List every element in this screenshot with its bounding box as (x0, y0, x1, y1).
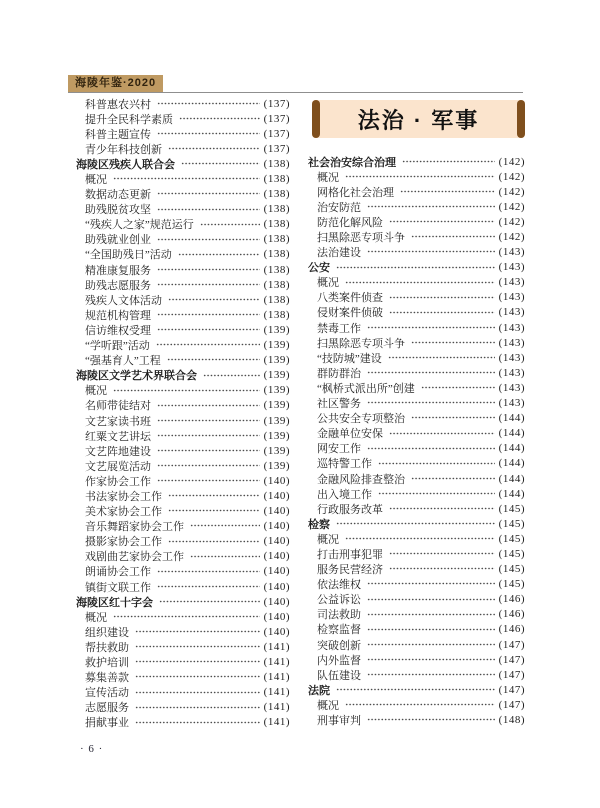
toc-entry: 镇街文联工作(140) (76, 579, 290, 594)
toc-entry-page-number: (147) (499, 669, 525, 681)
dot-leader (367, 607, 495, 622)
toc-entry: 文艺阵地建设(139) (76, 443, 290, 458)
toc-entry-page-number: (147) (499, 699, 525, 711)
toc-entry-page-number: (143) (499, 261, 525, 273)
toc-entry-page-number: (138) (264, 188, 290, 200)
dot-leader (159, 594, 260, 609)
toc-entry: 美术家协会工作(140) (76, 504, 290, 519)
toc-entry-page-number: (144) (499, 427, 525, 439)
toc-entry-page-number: (137) (264, 98, 290, 110)
toc-entry: 法院(147) (308, 682, 525, 697)
toc-entry-page-number: (142) (499, 186, 525, 198)
toc-entry-label: 社区警务 (317, 395, 361, 411)
toc-entry-label: 概况 (317, 531, 339, 547)
toc-entry-page-number: (139) (264, 354, 290, 366)
toc-entry-label: 法院 (308, 682, 330, 698)
toc-entry-page-number: (140) (264, 475, 290, 487)
toc-entry-page-number: (138) (264, 218, 290, 230)
dot-leader (135, 700, 260, 715)
toc-entry-label: 美术家协会工作 (85, 503, 162, 519)
dot-leader (388, 350, 495, 365)
dot-leader (157, 428, 260, 443)
dot-leader (411, 335, 495, 350)
toc-entry-label: 助残就业创业 (85, 231, 151, 247)
toc-entry-label: 队伍建设 (317, 667, 361, 683)
dot-leader (421, 380, 495, 395)
toc-entry-page-number: (139) (264, 430, 290, 442)
toc-entry: 侵财案件侦破(143) (308, 305, 525, 320)
toc-entry-label: 八类案件侦查 (317, 289, 383, 305)
toc-entry-page-number: (138) (264, 264, 290, 276)
toc-entry: 文艺家读书班(139) (76, 413, 290, 428)
dot-leader (367, 396, 495, 411)
toc-entry-label: 科普主题宣传 (85, 126, 151, 142)
toc-entry-label: 书法家协会工作 (85, 488, 162, 504)
dot-leader (389, 546, 495, 561)
toc-entry-page-number: (141) (264, 656, 290, 668)
toc-entry-label: 募集善款 (85, 669, 129, 685)
toc-entry-label: 概况 (317, 274, 339, 290)
toc-entry-label: 组织建设 (85, 624, 129, 640)
toc-column-left: 科普惠农兴村(137)提升全民科学素质(137)科普主题宣传(137)青少年科技… (76, 96, 290, 730)
toc-entry-page-number: (144) (499, 473, 525, 485)
toc-entry: “学听跟”活动(139) (76, 338, 290, 353)
toc-entry-label: 红粟文艺讲坛 (85, 428, 151, 444)
dot-leader (113, 171, 260, 186)
toc-entry-page-number: (139) (264, 369, 290, 381)
dot-leader (157, 232, 260, 247)
toc-entry: “残疾人之家”规范运行(138) (76, 217, 290, 232)
toc-entry-label: 群防群治 (317, 365, 361, 381)
dot-leader (389, 501, 495, 516)
toc-entry-page-number: (140) (264, 505, 290, 517)
dot-leader (157, 413, 260, 428)
section-title: 法治 · 军事 (358, 104, 480, 135)
dot-leader (157, 277, 260, 292)
dot-leader (336, 682, 495, 697)
toc-entry: 法治建设(143) (308, 245, 525, 260)
toc-entry: 概况(147) (308, 697, 525, 712)
toc-entry: 公安(143) (308, 260, 525, 275)
dot-leader (167, 353, 260, 368)
dot-leader (411, 229, 495, 244)
toc-entry-label: “强基育人”工程 (85, 352, 161, 368)
toc-entry-page-number: (139) (264, 460, 290, 472)
toc-entry-page-number: (143) (499, 322, 525, 334)
dot-leader (367, 365, 495, 380)
toc-entry-label: 志愿服务 (85, 699, 129, 715)
dot-leader (168, 292, 260, 307)
toc-entry: 检察监督(146) (308, 622, 525, 637)
toc-entry-page-number: (139) (264, 415, 290, 427)
toc-entry-label: 公共安全专项整治 (317, 410, 405, 426)
dot-leader (345, 169, 495, 184)
toc-entry-label: 打击刑事犯罪 (317, 546, 383, 562)
toc-entry-page-number: (139) (264, 339, 290, 351)
toc-entry-label: 出入境工作 (317, 486, 372, 502)
dot-leader (336, 516, 495, 531)
toc-entry-label: 帮扶救助 (85, 639, 129, 655)
toc-entry-page-number: (139) (264, 445, 290, 457)
toc-entry: 社会治安综合治理(142) (308, 154, 525, 169)
toc-entry-label: 救护培训 (85, 654, 129, 670)
toc-entry-label: 治安防范 (317, 199, 361, 215)
toc-entry-page-number: (140) (264, 535, 290, 547)
toc-entry-label: 音乐舞蹈家协会工作 (85, 518, 184, 534)
toc-entry-page-number: (142) (499, 171, 525, 183)
toc-entry-page-number: (143) (499, 246, 525, 258)
toc-entry-page-number: (140) (264, 490, 290, 502)
toc-entry-label: 行政服务改革 (317, 501, 383, 517)
toc-entry-page-number: (148) (499, 714, 525, 726)
toc-entry-label: 科普惠农兴村 (85, 96, 151, 112)
toc-entry-label: 海陵区红十字会 (76, 594, 153, 610)
toc-entry-page-number: (139) (264, 384, 290, 396)
toc-entry-page-number: (147) (499, 639, 525, 651)
toc-entry-label: 朗诵协会工作 (85, 563, 151, 579)
toc-entry-page-number: (140) (264, 581, 290, 593)
toc-entry-page-number: (143) (499, 337, 525, 349)
toc-entry: 科普主题宣传(137) (76, 126, 290, 141)
toc-entry: “枫桥式派出所”创建(143) (308, 380, 525, 395)
dot-leader (367, 199, 495, 214)
toc-entry-page-number: (140) (264, 611, 290, 623)
toc-entry-label: 镇街文联工作 (85, 579, 151, 595)
toc-entry-page-number: (146) (499, 593, 525, 605)
dot-leader (402, 154, 495, 169)
toc-entry: 出入境工作(144) (308, 486, 525, 501)
toc-entry: 海陵区文学艺术界联合会(139) (76, 368, 290, 383)
dot-leader (367, 245, 495, 260)
toc-entry: 助残脱贫攻坚(138) (76, 202, 290, 217)
dot-leader (367, 652, 495, 667)
toc-entry-label: 作家协会工作 (85, 473, 151, 489)
dot-leader (389, 290, 495, 305)
toc-entry: 救护培训(141) (76, 654, 290, 669)
toc-entry: “强基育人”工程(139) (76, 353, 290, 368)
toc-entry-page-number: (143) (499, 352, 525, 364)
toc-entry: 服务民营经济(145) (308, 562, 525, 577)
toc-entry-page-number: (140) (264, 565, 290, 577)
toc-entry-page-number: (140) (264, 626, 290, 638)
toc-entry: 行政服务改革(145) (308, 501, 525, 516)
dot-leader (135, 670, 260, 685)
dot-leader (113, 383, 260, 398)
folio-page-number: · 6 · (80, 743, 103, 755)
dot-leader (157, 458, 260, 473)
toc-entry: 金融风险排查整治(144) (308, 471, 525, 486)
dot-leader (367, 592, 495, 607)
dot-leader (400, 184, 495, 199)
toc-entry-label: 刑事审判 (317, 712, 361, 728)
toc-entry-label: 防范化解风险 (317, 214, 383, 230)
toc-entry-page-number: (142) (499, 231, 525, 243)
dot-leader (168, 504, 260, 519)
toc-entry-page-number: (139) (264, 324, 290, 336)
toc-entry: 内外监督(147) (308, 652, 525, 667)
toc-entry-label: 概况 (85, 171, 107, 187)
toc-entry-page-number: (143) (499, 367, 525, 379)
toc-entry-page-number: (141) (264, 716, 290, 728)
toc-entry-page-number: (138) (264, 294, 290, 306)
toc-entry-page-number: (138) (264, 203, 290, 215)
dot-leader (200, 217, 260, 232)
header-rule (68, 92, 523, 93)
toc-entry-page-number: (146) (499, 608, 525, 620)
toc-entry: 残疾人文体活动(138) (76, 292, 290, 307)
toc-entry: 打击刑事犯罪(145) (308, 546, 525, 561)
toc-entry-page-number: (141) (264, 641, 290, 653)
scanned-yearbook-toc-page: 海陵年鉴·2020 科普惠农兴村(137)提升全民科学素质(137)科普主题宣传… (0, 0, 600, 808)
toc-entry: 音乐舞蹈家协会工作(140) (76, 519, 290, 534)
toc-entry-page-number: (140) (264, 596, 290, 608)
dot-leader (168, 534, 260, 549)
toc-entry-page-number: (147) (499, 684, 525, 696)
toc-entry-page-number: (138) (264, 248, 290, 260)
dot-leader (181, 156, 260, 171)
toc-entry: 扫黑除恶专项斗争(142) (308, 229, 525, 244)
toc-entry-page-number: (145) (499, 503, 525, 515)
toc-entry: 检察(145) (308, 516, 525, 531)
toc-entry-label: 青少年科技创新 (85, 141, 162, 157)
toc-entry-label: 文艺展览活动 (85, 458, 151, 474)
toc-entry-page-number: (137) (264, 143, 290, 155)
toc-entry-page-number: (138) (264, 309, 290, 321)
toc-entry-page-number: (138) (264, 158, 290, 170)
toc-entry-label: 扫黑除恶专项斗争 (317, 229, 405, 245)
toc-entry-label: 助残脱贫攻坚 (85, 201, 151, 217)
dot-leader (367, 622, 495, 637)
dot-leader (345, 697, 495, 712)
toc-entry-page-number: (143) (499, 397, 525, 409)
toc-entry: 巡特警工作(144) (308, 456, 525, 471)
toc-entry: 公共安全专项整治(144) (308, 411, 525, 426)
section-title-box: 法治 · 军事 (312, 100, 525, 138)
dot-leader (378, 456, 495, 471)
toc-entry-label: 提升全民科学素质 (85, 111, 173, 127)
toc-entry: 科普惠农兴村(137) (76, 96, 290, 111)
toc-entry-label: 金融风险排查整治 (317, 471, 405, 487)
toc-entry-page-number: (137) (264, 113, 290, 125)
toc-entry-label: 网格化社会治理 (317, 184, 394, 200)
toc-entry-page-number: (143) (499, 276, 525, 288)
toc-entry-page-number: (147) (499, 654, 525, 666)
toc-entry-label: 内外监督 (317, 652, 361, 668)
toc-entry-page-number: (141) (264, 671, 290, 683)
dot-leader (389, 305, 495, 320)
dot-leader (157, 126, 260, 141)
toc-entry: 防范化解风险(142) (308, 214, 525, 229)
toc-entry-label: 巡特警工作 (317, 455, 372, 471)
dot-leader (157, 473, 260, 488)
toc-entry: 数据动态更新(138) (76, 187, 290, 202)
toc-entry-label: 助残志愿服务 (85, 277, 151, 293)
dot-leader (389, 562, 495, 577)
toc-entry: 提升全民科学素质(137) (76, 111, 290, 126)
toc-entry-page-number: (145) (499, 548, 525, 560)
dot-leader (367, 577, 495, 592)
toc-entry-page-number: (138) (264, 233, 290, 245)
toc-entry-label: 名师带徒结对 (85, 397, 151, 413)
dot-leader (367, 637, 495, 652)
toc-entry: 社区警务(143) (308, 396, 525, 411)
toc-entry: 摄影家协会工作(140) (76, 534, 290, 549)
toc-entry: 概况(138) (76, 171, 290, 186)
toc-entry-label: 法治建设 (317, 244, 361, 260)
toc-entry: 作家协会工作(140) (76, 473, 290, 488)
toc-entry-label: 文艺家读书班 (85, 413, 151, 429)
dot-leader (157, 96, 260, 111)
toc-entry-page-number: (144) (499, 457, 525, 469)
toc-entry-page-number: (140) (264, 550, 290, 562)
toc-entry-page-number: (143) (499, 382, 525, 394)
dot-leader (203, 368, 260, 383)
toc-entry: 精准康复服务(138) (76, 262, 290, 277)
dot-leader (135, 715, 260, 730)
toc-entry-page-number: (145) (499, 518, 525, 530)
toc-entry-label: 检察监督 (317, 621, 361, 637)
toc-entry-label: 禁毒工作 (317, 320, 361, 336)
toc-column-right: 社会治安综合治理(142)概况(142)网格化社会治理(142)治安防范(142… (308, 154, 525, 728)
toc-entry-page-number: (144) (499, 412, 525, 424)
toc-entry: 组织建设(140) (76, 624, 290, 639)
toc-entry: 募集善款(141) (76, 670, 290, 685)
toc-entry-label: 文艺阵地建设 (85, 443, 151, 459)
toc-entry-label: 信访维权受理 (85, 322, 151, 338)
toc-entry: 刑事审判(148) (308, 712, 525, 727)
toc-entry-label: 海陵区残疾人联合会 (76, 156, 175, 172)
toc-entry-label: “全国助残日”活动 (85, 246, 172, 262)
toc-entry-label: 海陵区文学艺术界联合会 (76, 367, 197, 383)
toc-entry-label: 宣传活动 (85, 684, 129, 700)
toc-entry-label: “枫桥式派出所”创建 (317, 380, 415, 396)
toc-entry: 八类案件侦查(143) (308, 290, 525, 305)
toc-entry-label: 检察 (308, 516, 330, 532)
dot-leader (389, 426, 495, 441)
toc-entry: 朗诵协会工作(140) (76, 564, 290, 579)
toc-entry-label: 突破创新 (317, 637, 361, 653)
toc-entry-page-number: (145) (499, 563, 525, 575)
dot-leader (135, 654, 260, 669)
dot-leader (157, 202, 260, 217)
dot-leader (411, 411, 495, 426)
title-box-left-bar (312, 100, 320, 138)
toc-entry-page-number: (143) (499, 306, 525, 318)
toc-entry-page-number: (139) (264, 399, 290, 411)
toc-entry-label: 残疾人文体活动 (85, 292, 162, 308)
dot-leader (157, 187, 260, 202)
toc-entry-page-number: (145) (499, 533, 525, 545)
dot-leader (168, 141, 260, 156)
toc-entry-page-number: (146) (499, 623, 525, 635)
toc-entry-label: 公安 (308, 259, 330, 275)
dot-leader (168, 488, 260, 503)
toc-entry-page-number: (138) (264, 173, 290, 185)
dot-leader (345, 275, 495, 290)
dot-leader (113, 609, 260, 624)
dot-leader (178, 247, 260, 262)
toc-entry: 概况(140) (76, 609, 290, 624)
toc-entry: 帮扶救助(141) (76, 639, 290, 654)
toc-entry-label: 公益诉讼 (317, 591, 361, 607)
toc-entry: 依法维权(145) (308, 577, 525, 592)
dot-leader (190, 519, 260, 534)
toc-entry: 概况(142) (308, 169, 525, 184)
toc-entry: 海陵区残疾人联合会(138) (76, 156, 290, 171)
toc-entry-label: 司法救助 (317, 606, 361, 622)
toc-entry-label: 依法维权 (317, 576, 361, 592)
toc-entry: 名师带徒结对(139) (76, 398, 290, 413)
toc-entry: 治安防范(142) (308, 199, 525, 214)
dot-leader (157, 579, 260, 594)
toc-entry: 群防群治(143) (308, 365, 525, 380)
dot-leader (389, 214, 495, 229)
toc-entry-label: 摄影家协会工作 (85, 533, 162, 549)
toc-entry: 捐献事业(141) (76, 715, 290, 730)
toc-entry-label: “技防城”建设 (317, 350, 382, 366)
dot-leader (135, 639, 260, 654)
dot-leader (135, 685, 260, 700)
dot-leader (411, 471, 495, 486)
toc-entry-label: 数据动态更新 (85, 186, 151, 202)
toc-entry-label: 金融单位安保 (317, 425, 383, 441)
toc-entry: 突破创新(147) (308, 637, 525, 652)
toc-entry: 助残就业创业(138) (76, 232, 290, 247)
toc-entry-label: 戏剧曲艺家协会工作 (85, 548, 184, 564)
toc-entry-page-number: (142) (499, 201, 525, 213)
toc-entry: 信访维权受理(139) (76, 322, 290, 337)
toc-entry-page-number: (138) (264, 279, 290, 291)
dot-leader (157, 398, 260, 413)
toc-entry-label: 概况 (317, 697, 339, 713)
dot-leader (157, 262, 260, 277)
toc-entry: 司法救助(146) (308, 607, 525, 622)
dot-leader (157, 322, 260, 337)
toc-entry: 青少年科技创新(137) (76, 141, 290, 156)
toc-entry: 扫黑除恶专项斗争(143) (308, 335, 525, 350)
dot-leader (378, 486, 495, 501)
dot-leader (157, 564, 260, 579)
toc-entry: 志愿服务(141) (76, 700, 290, 715)
dot-leader (157, 307, 260, 322)
toc-entry-page-number: (137) (264, 128, 290, 140)
toc-entry: 概况(145) (308, 531, 525, 546)
toc-entry-label: 概况 (317, 169, 339, 185)
toc-entry-label: “残疾人之家”规范运行 (85, 216, 194, 232)
toc-entry-page-number: (144) (499, 442, 525, 454)
toc-entry-label: 扫黑除恶专项斗争 (317, 335, 405, 351)
dot-leader (345, 531, 495, 546)
toc-entry-label: 规范机构管理 (85, 307, 151, 323)
dot-leader (157, 443, 260, 458)
toc-entry-page-number: (143) (499, 291, 525, 303)
dot-leader (336, 260, 495, 275)
toc-entry: 助残志愿服务(138) (76, 277, 290, 292)
toc-entry: 红粟文艺讲坛(139) (76, 428, 290, 443)
toc-entry-page-number: (144) (499, 488, 525, 500)
toc-entry-label: 捐献事业 (85, 714, 129, 730)
toc-entry: 书法家协会工作(140) (76, 488, 290, 503)
toc-entry-label: 网安工作 (317, 440, 361, 456)
toc-entry: 宣传活动(141) (76, 685, 290, 700)
toc-entry-page-number: (142) (499, 216, 525, 228)
dot-leader (156, 338, 260, 353)
toc-entry: 规范机构管理(138) (76, 307, 290, 322)
dot-leader (367, 667, 495, 682)
toc-entry: 禁毒工作(143) (308, 320, 525, 335)
toc-entry: 海陵区红十字会(140) (76, 594, 290, 609)
title-box-right-bar (517, 100, 525, 138)
